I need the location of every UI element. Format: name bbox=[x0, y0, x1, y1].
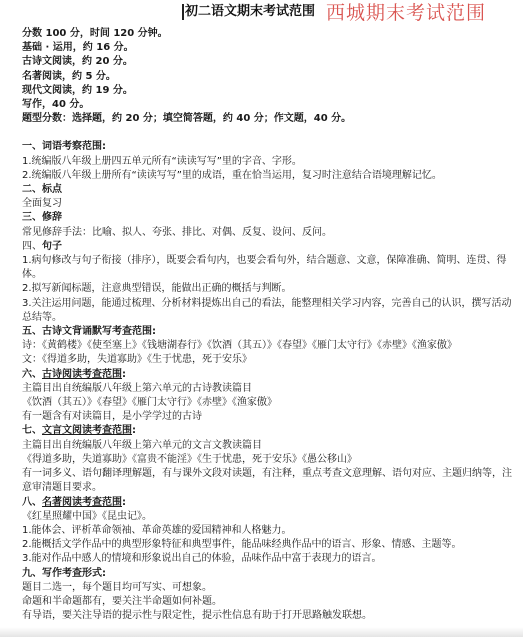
section-line: 有一词多义、语句翻译理解题，有与课外文段对读题，有注释，重点考查文意理解、语句对… bbox=[22, 467, 517, 495]
heading-prefix: 六、 bbox=[22, 369, 42, 380]
heading-prefix: 七、 bbox=[22, 425, 42, 436]
section-line: 2.能概括文学作品中的典型形象特征和典型事件，能品味经典作品中的语言、形象、情感… bbox=[22, 538, 517, 552]
summary-line: 现代文阅读，约 19 分。 bbox=[22, 84, 517, 98]
section-line: 3.关注运用问题，能通过梳理、分析材料提炼出自己的看法，能整理相关学习内容，完善… bbox=[22, 297, 517, 325]
section-heading: 七、文言文阅读考查范围: bbox=[22, 424, 517, 438]
section-classical-prose-reading: 七、文言文阅读考查范围: 主篇目出自统编版八年级上第六单元的文言文教读篇目 《得… bbox=[22, 424, 517, 495]
section-line: 主篇目出自统编版八年级上第六单元的古诗教读篇目 bbox=[22, 382, 517, 396]
section-poetry-reading: 六、古诗阅读考查范围: 主篇目出自统编版八年级上第六单元的古诗教读篇目 《饮酒（… bbox=[22, 368, 517, 425]
heading-suffix: : bbox=[122, 369, 126, 380]
section-heading: 五、古诗文背诵默写考查范围: bbox=[22, 325, 517, 339]
section-line: 题目二选一，每个题目均可写实、可想象。 bbox=[22, 581, 517, 595]
section-classical-recitation: 五、古诗文背诵默写考查范围: 诗：《黄鹤楼》《使至塞上》《钱塘湖春行》《饮酒（其… bbox=[22, 325, 517, 368]
heading-prefix: 四、 bbox=[22, 241, 42, 252]
section-line: 2.统编版八年级上册所有“读读写写”里的成语，重在恰当运用，复习时注意结合语境理… bbox=[22, 169, 517, 183]
section-line: 《得道多助，失道寡助》《富贵不能淫》《生于忧患，死于安乐》《愚公移山》 bbox=[22, 453, 517, 467]
section-rhetoric: 三、修辞 常见修辞手法：比喻、拟人、夸张、排比、对偶、反复、设问、反问。 bbox=[22, 211, 517, 239]
section-line: 文：《得道多助，失道寡助》《生于忧患，死于安乐》 bbox=[22, 353, 517, 367]
heading-suffix: : bbox=[132, 425, 136, 436]
section-heading: 八、名著阅读考查范围: bbox=[22, 496, 517, 510]
section-line: 诗：《黄鹤楼》《使至塞上》《钱塘湖春行》《饮酒（其五）》《春望》《雁门太守行》《… bbox=[22, 339, 517, 353]
section-line: 有一题含有对读篇目，是小学学过的古诗 bbox=[22, 410, 517, 424]
summary-line: 写作，40 分。 bbox=[22, 98, 517, 112]
score-summary: 分数 100 分，时间 120 分钟。 基础 · 运用，约 16 分。 古诗文阅… bbox=[22, 27, 517, 126]
document-body: 分数 100 分，时间 120 分钟。 基础 · 运用，约 16 分。 古诗文阅… bbox=[22, 27, 517, 623]
section-line: 《饮酒（其五）》《春望》《雁门太守行》《赤壁》《渔家傲》 bbox=[22, 396, 517, 410]
heading-prefix: 八、 bbox=[22, 497, 42, 508]
heading-main: 文言文阅读考查范围 bbox=[42, 425, 132, 436]
section-line: 常见修辞手法：比喻、拟人、夸张、排比、对偶、反复、设问、反问。 bbox=[22, 226, 517, 240]
section-line: 1.能体会、评析革命领袖、革命英雄的爱国精神和人格魅力。 bbox=[22, 524, 517, 538]
section-sentences: 四、句子 1.病句修改与句子衔接（排序），既要会看句内，也要会看句外，结合题意、… bbox=[22, 240, 517, 325]
section-line: 2.拟写新闻标题，注意典型错误，能做出正确的概括与判断。 bbox=[22, 282, 517, 296]
heading-main: 名著阅读考查范围 bbox=[42, 497, 122, 508]
summary-line: 古诗文阅读，约 20 分。 bbox=[22, 55, 517, 69]
section-heading: 三、修辞 bbox=[22, 211, 517, 225]
section-line: 命题和半命题都有，要关注半命题如何补题。 bbox=[22, 595, 517, 609]
section-line: 3.能对作品中感人的情境和形象说出自己的体验，品味作品中富于表现力的语言。 bbox=[22, 552, 517, 566]
section-line: 有导语，要关注导语的提示性与限定性，提示性信息有助于打开思路触发联想。 bbox=[22, 609, 517, 623]
section-punctuation: 二、标点 全面复习 bbox=[22, 183, 517, 211]
section-heading: 一、词语考察范围: bbox=[22, 140, 517, 154]
section-heading: 四、句子 bbox=[22, 240, 517, 254]
section-heading: 九、写作考查形式: bbox=[22, 567, 517, 581]
section-heading: 六、古诗阅读考查范围: bbox=[22, 368, 517, 382]
summary-line: 名著阅读，约 5 分。 bbox=[22, 70, 517, 84]
summary-line: 基础 · 运用，约 16 分。 bbox=[22, 41, 517, 55]
heading-main: 句子 bbox=[42, 241, 62, 252]
document-header: 初二语文期末考试范围 西城期末考试范围 bbox=[0, 0, 523, 28]
summary-line: 分数 100 分，时间 120 分钟。 bbox=[22, 27, 517, 41]
bottom-shadow bbox=[0, 627, 523, 637]
section-heading: 二、标点 bbox=[22, 183, 517, 197]
heading-suffix: : bbox=[122, 497, 126, 508]
section-line: 全面复习 bbox=[22, 197, 517, 211]
region-stamp-label: 西城期末考试范围 bbox=[326, 1, 486, 25]
section-line: 1.病句修改与句子衔接（排序），既要会看句内，也要会看句外，结合题意、文意，保障… bbox=[22, 254, 517, 282]
section-vocabulary: 一、词语考察范围: 1.统编版八年级上册四五单元所有“读读写写”里的字音、字形。… bbox=[22, 140, 517, 183]
section-line: 1.统编版八年级上册四五单元所有“读读写写”里的字音、字形。 bbox=[22, 155, 517, 169]
section-writing: 九、写作考查形式: 题目二选一，每个题目均可写实、可想象。 命题和半命题都有，要… bbox=[22, 567, 517, 624]
section-line: 《红星照耀中国》《昆虫记》。 bbox=[22, 510, 517, 524]
section-line: 主篇目出自统编版八年级上第六单元的文言文教读篇目 bbox=[22, 439, 517, 453]
heading-main: 古诗阅读考查范围 bbox=[42, 369, 122, 380]
section-classics-reading: 八、名著阅读考查范围: 《红星照耀中国》《昆虫记》。 1.能体会、评析革命领袖、… bbox=[22, 496, 517, 567]
document-title: 初二语文期末考试范围 bbox=[182, 4, 315, 20]
summary-line: 题型分数：选择题，约 20 分；填空简答题，约 40 分；作文题，40 分。 bbox=[22, 112, 517, 126]
